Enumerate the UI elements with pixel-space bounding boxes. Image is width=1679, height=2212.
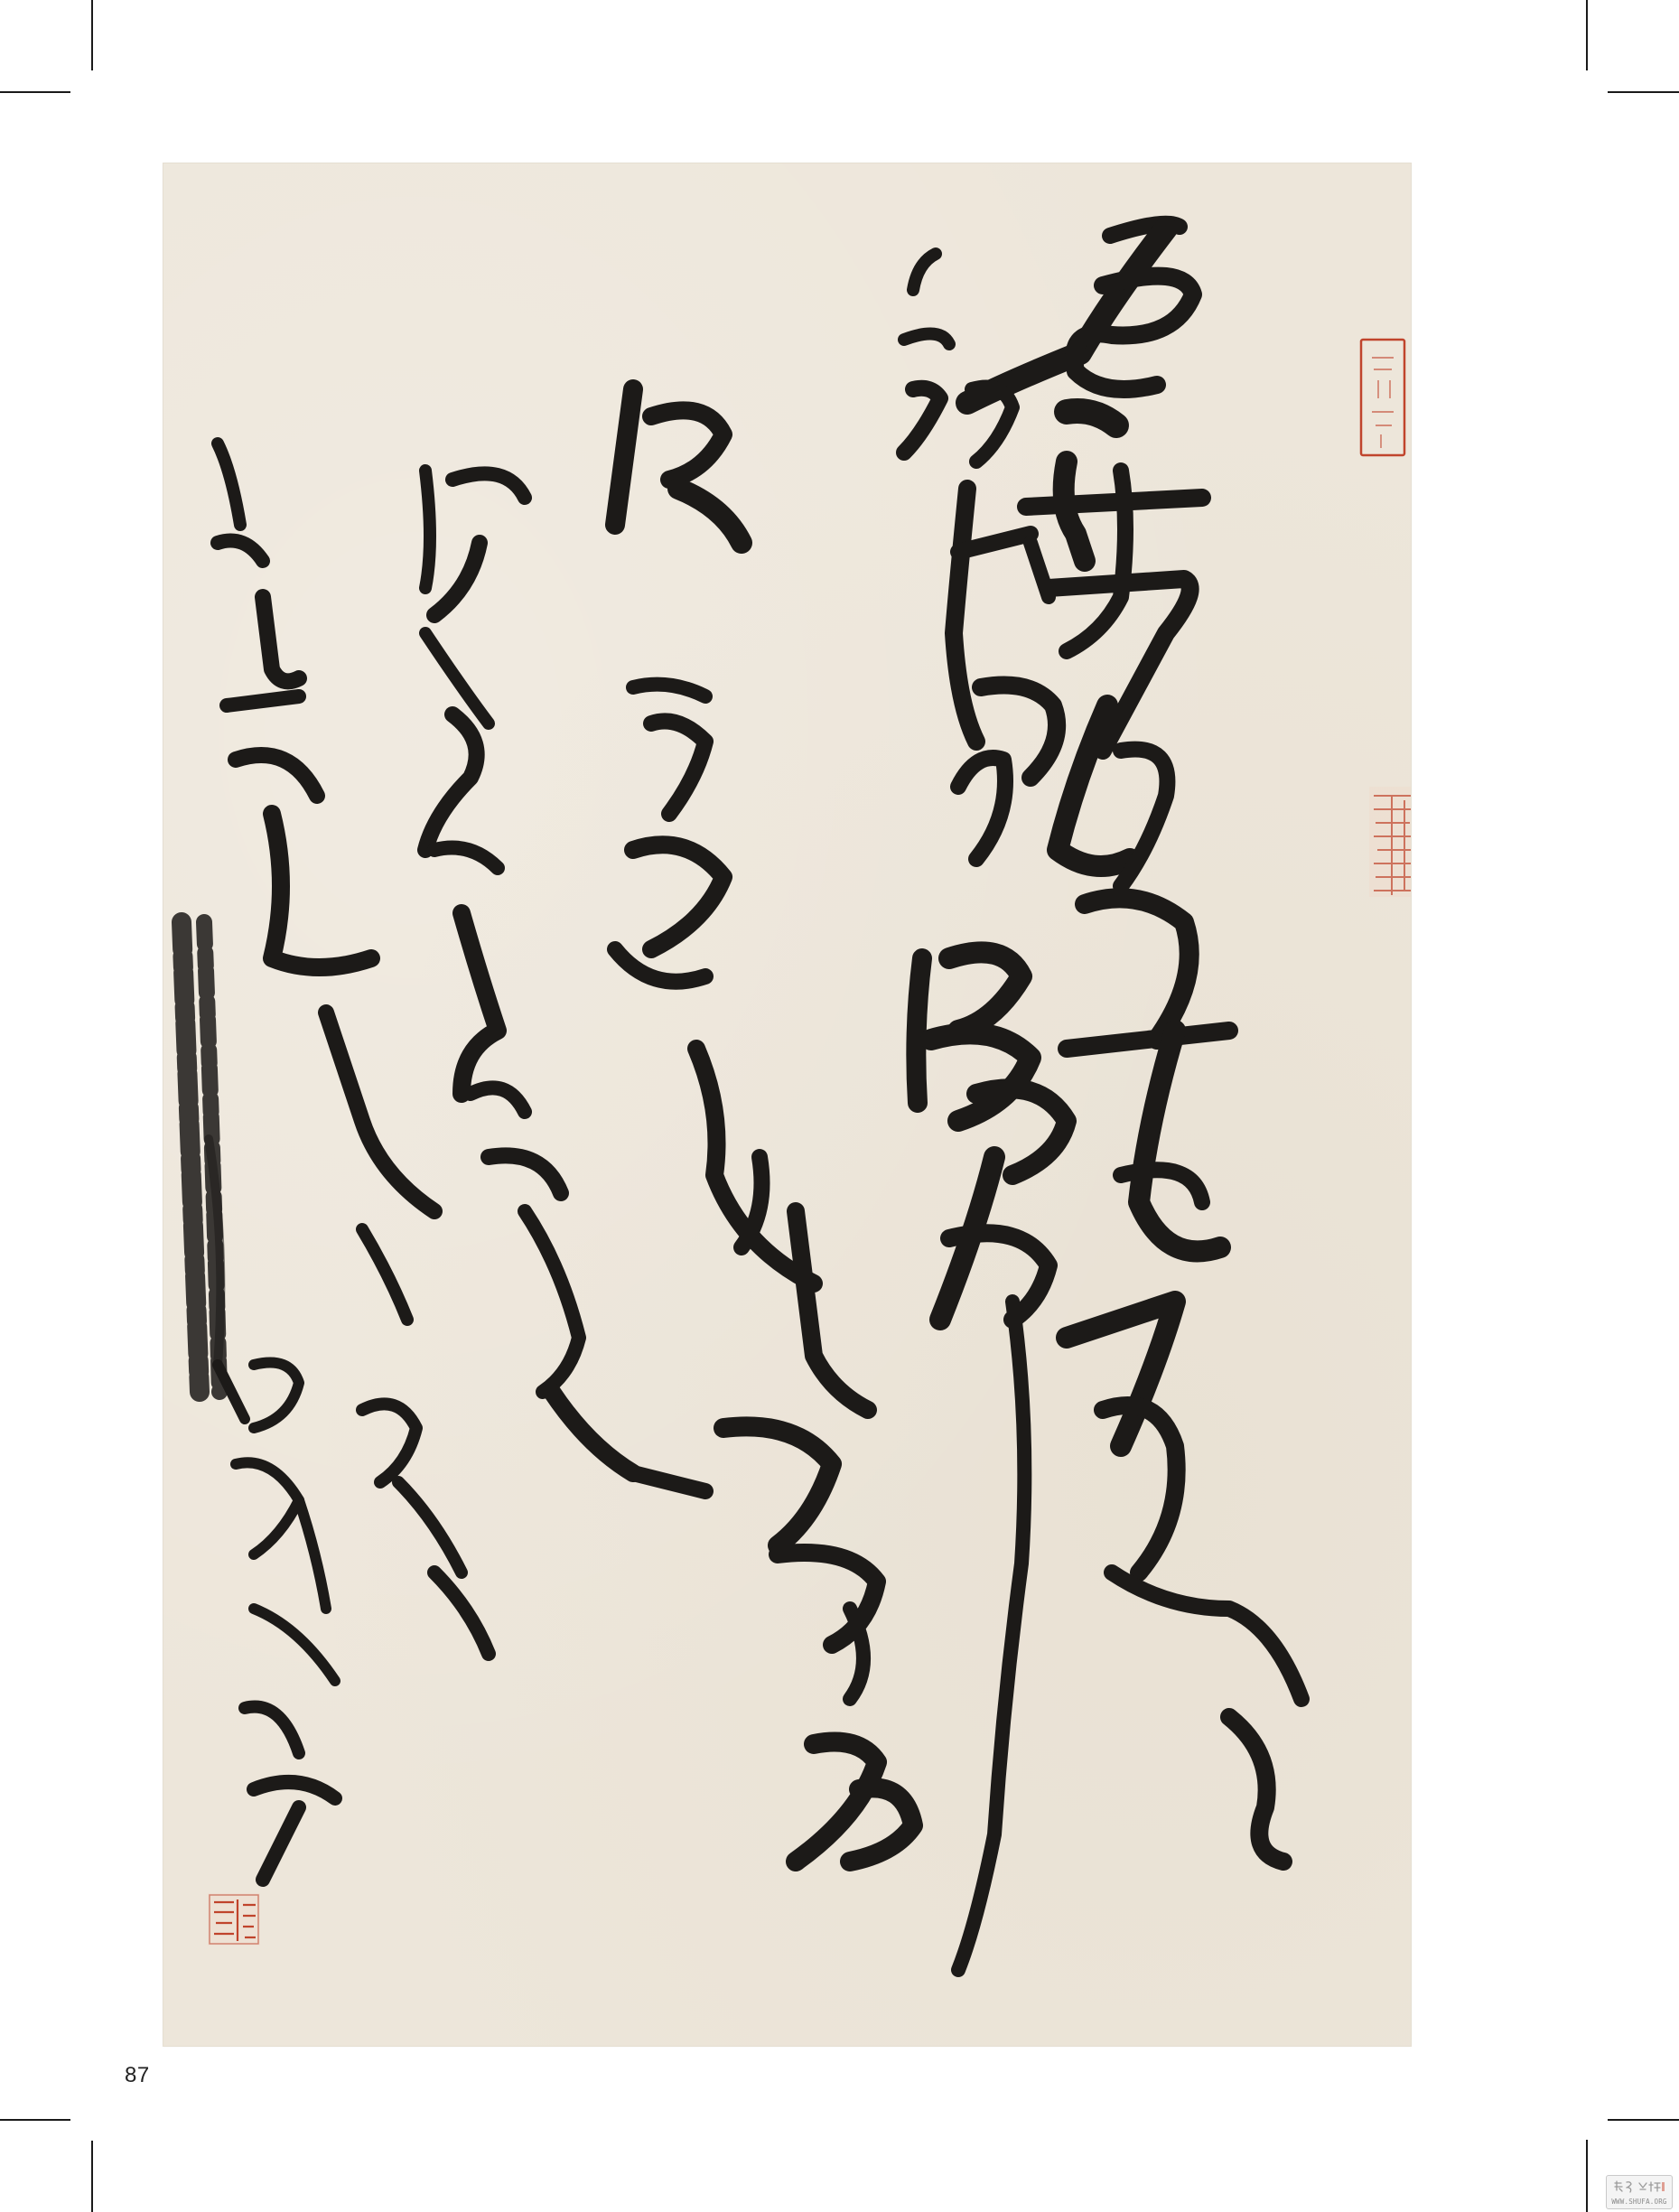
crop-mark-bottom-left-horizontal	[0, 2119, 70, 2121]
crop-mark-top-right-horizontal	[1608, 91, 1679, 93]
watermark-badge: WWW.SHUFA.ORG	[1606, 2175, 1673, 2209]
watermark-url: WWW.SHUFA.ORG	[1607, 2198, 1672, 2206]
seal-upper-right	[1361, 340, 1404, 455]
crop-mark-top-right-vertical	[1586, 0, 1588, 70]
seal-middle-right	[1369, 787, 1411, 897]
calligraphy-artwork	[163, 163, 1411, 2046]
column-3-strokes	[615, 389, 913, 1862]
calligraphy-logo-icon	[1612, 2179, 1666, 2194]
column-5-strokes	[209, 443, 434, 1365]
crop-mark-bottom-left-vertical	[91, 2141, 93, 2212]
page-number: 87	[125, 2063, 150, 2088]
seal-lower-left	[208, 1893, 260, 1946]
dry-brush-stroke	[182, 922, 219, 1392]
crop-mark-top-left-horizontal	[0, 91, 70, 93]
calligraphy-strokes	[163, 163, 1411, 2046]
crop-mark-top-left-vertical	[91, 0, 93, 70]
signature-strokes	[218, 1363, 489, 1881]
crop-mark-bottom-right-horizontal	[1608, 2119, 1679, 2121]
crop-mark-bottom-right-vertical	[1586, 2140, 1588, 2212]
